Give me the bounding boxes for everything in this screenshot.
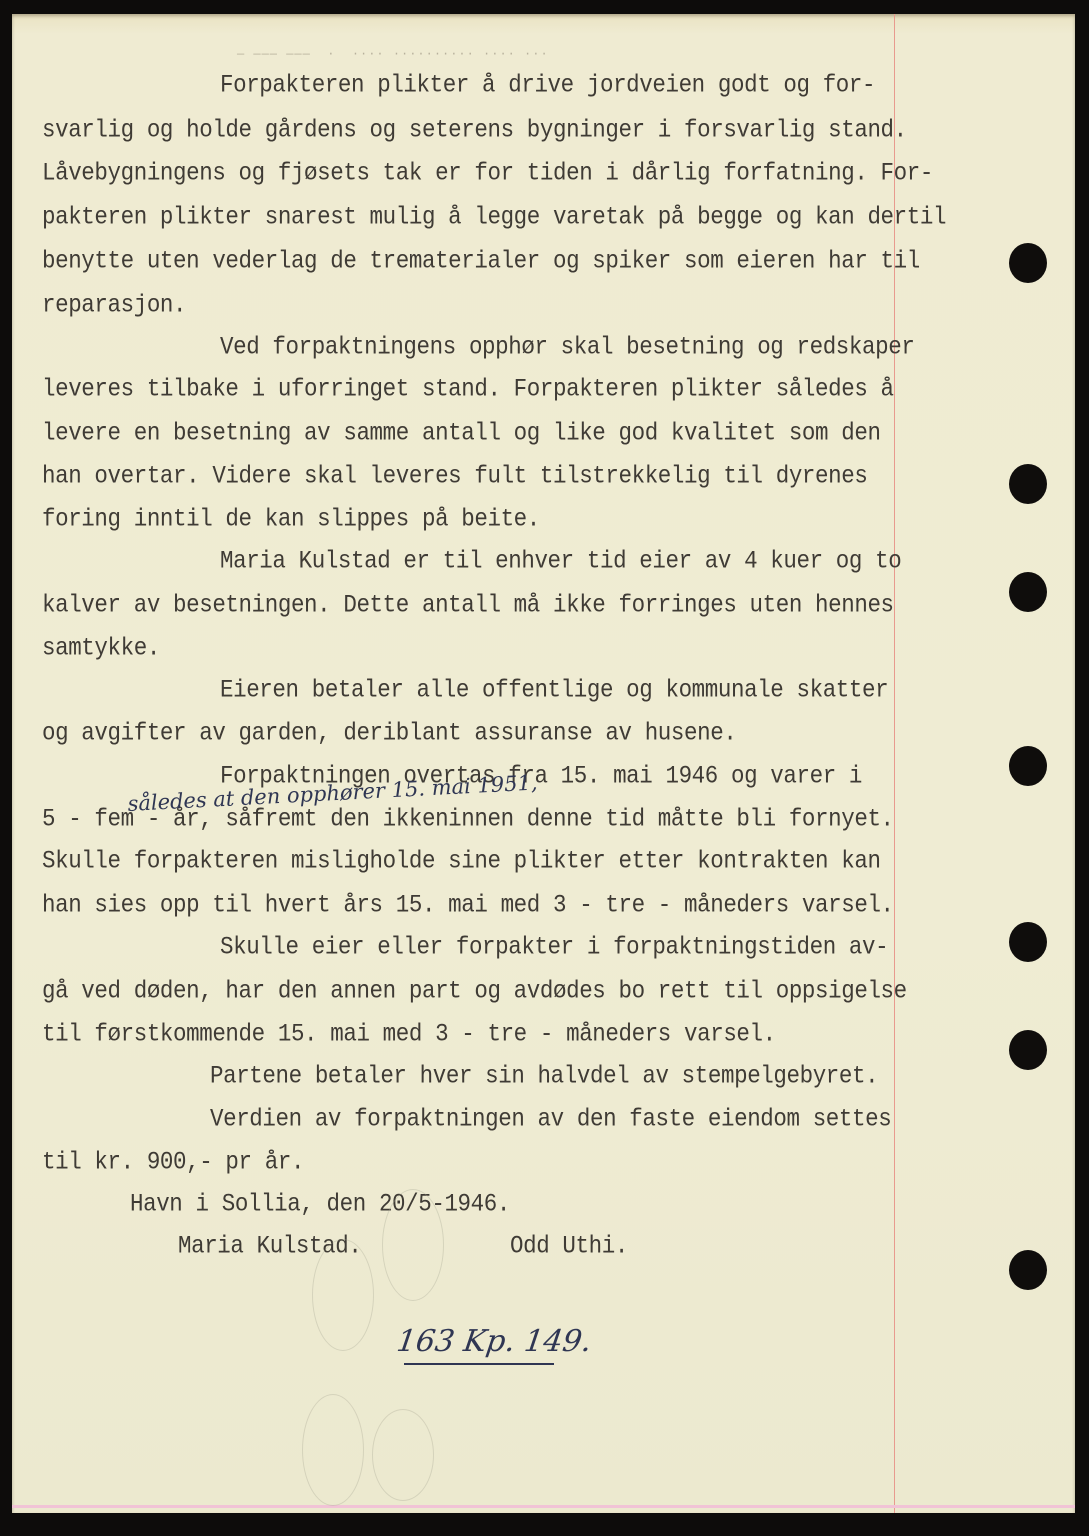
- punch-hole: [1009, 572, 1047, 612]
- ghost-stamp-circle: [312, 1239, 374, 1351]
- typed-line: levere en besetning av samme antall og l…: [42, 418, 881, 447]
- ghost-stamp-circle: [372, 1409, 434, 1501]
- punch-hole: [1009, 746, 1047, 786]
- typed-line: Eieren betaler alle offentlige og kommun…: [220, 675, 888, 704]
- reference-underline: [404, 1363, 554, 1365]
- typed-line: til kr. 900,- pr år.: [42, 1147, 304, 1176]
- typed-line: benytte uten vederlag de trematerialer o…: [42, 246, 920, 275]
- typed-line: Låvebygningens og fjøsets tak er for tid…: [42, 158, 933, 187]
- typed-line: Maria Kulstad er til enhver tid eier av …: [220, 546, 901, 575]
- handwritten-reference: 163 Kp. 149.: [395, 1324, 594, 1359]
- typed-line: Skulle forpakteren misligholde sine plik…: [42, 846, 881, 875]
- typed-line: kalver av besetningen. Dette antall må i…: [42, 590, 894, 619]
- typed-line: og avgifter av garden, deriblant assuran…: [42, 718, 736, 747]
- punch-hole: [1009, 243, 1047, 283]
- punch-hole: [1009, 1030, 1047, 1070]
- document-page: — ——— ——— · ···· ·········· ···· ··· For…: [12, 14, 1075, 1513]
- typed-line: Havn i Sollia, den 20/5-1946.: [130, 1189, 510, 1218]
- bottom-pink-line: [12, 1505, 1075, 1508]
- typed-line: samtykke.: [42, 633, 160, 662]
- typed-line: Verdien av forpaktningen av den faste ei…: [210, 1104, 891, 1133]
- typed-line: han overtar. Videre skal leveres fult ti…: [42, 461, 867, 490]
- typed-line: Ved forpaktningens opphør skal besetning…: [220, 332, 914, 361]
- punch-hole: [1009, 464, 1047, 504]
- typed-line: Partene betaler hver sin halvdel av stem…: [210, 1061, 878, 1090]
- typed-line: leveres tilbake i uforringet stand. Forp…: [42, 374, 894, 403]
- ghost-stamp-circle: [382, 1189, 444, 1301]
- red-margin-line: [894, 14, 895, 1513]
- typed-line: Odd Uthi.: [510, 1231, 628, 1260]
- typed-line: svarlig og holde gårdens og seterens byg…: [42, 115, 907, 144]
- typed-line: pakteren plikter snarest mulig å legge v…: [42, 202, 946, 231]
- typed-line: Forpakteren plikter å drive jordveien go…: [220, 70, 875, 99]
- punch-hole: [1009, 1250, 1047, 1290]
- punch-hole: [1009, 922, 1047, 962]
- typed-line: han sies opp til hvert års 15. mai med 3…: [42, 890, 894, 919]
- typed-line: Skulle eier eller forpakter i forpaktnin…: [220, 932, 888, 961]
- ghost-stamp-circle: [302, 1394, 364, 1506]
- typed-line: gå ved døden, har den annen part og avdø…: [42, 976, 907, 1005]
- typed-line: foring inntil de kan slippes på beite.: [42, 504, 540, 533]
- typed-line: reparasjon.: [42, 290, 186, 319]
- typed-line: til førstkommende 15. mai med 3 - tre - …: [42, 1019, 776, 1048]
- faint-header-text: — ——— ——— · ···· ·········· ···· ···: [237, 47, 549, 61]
